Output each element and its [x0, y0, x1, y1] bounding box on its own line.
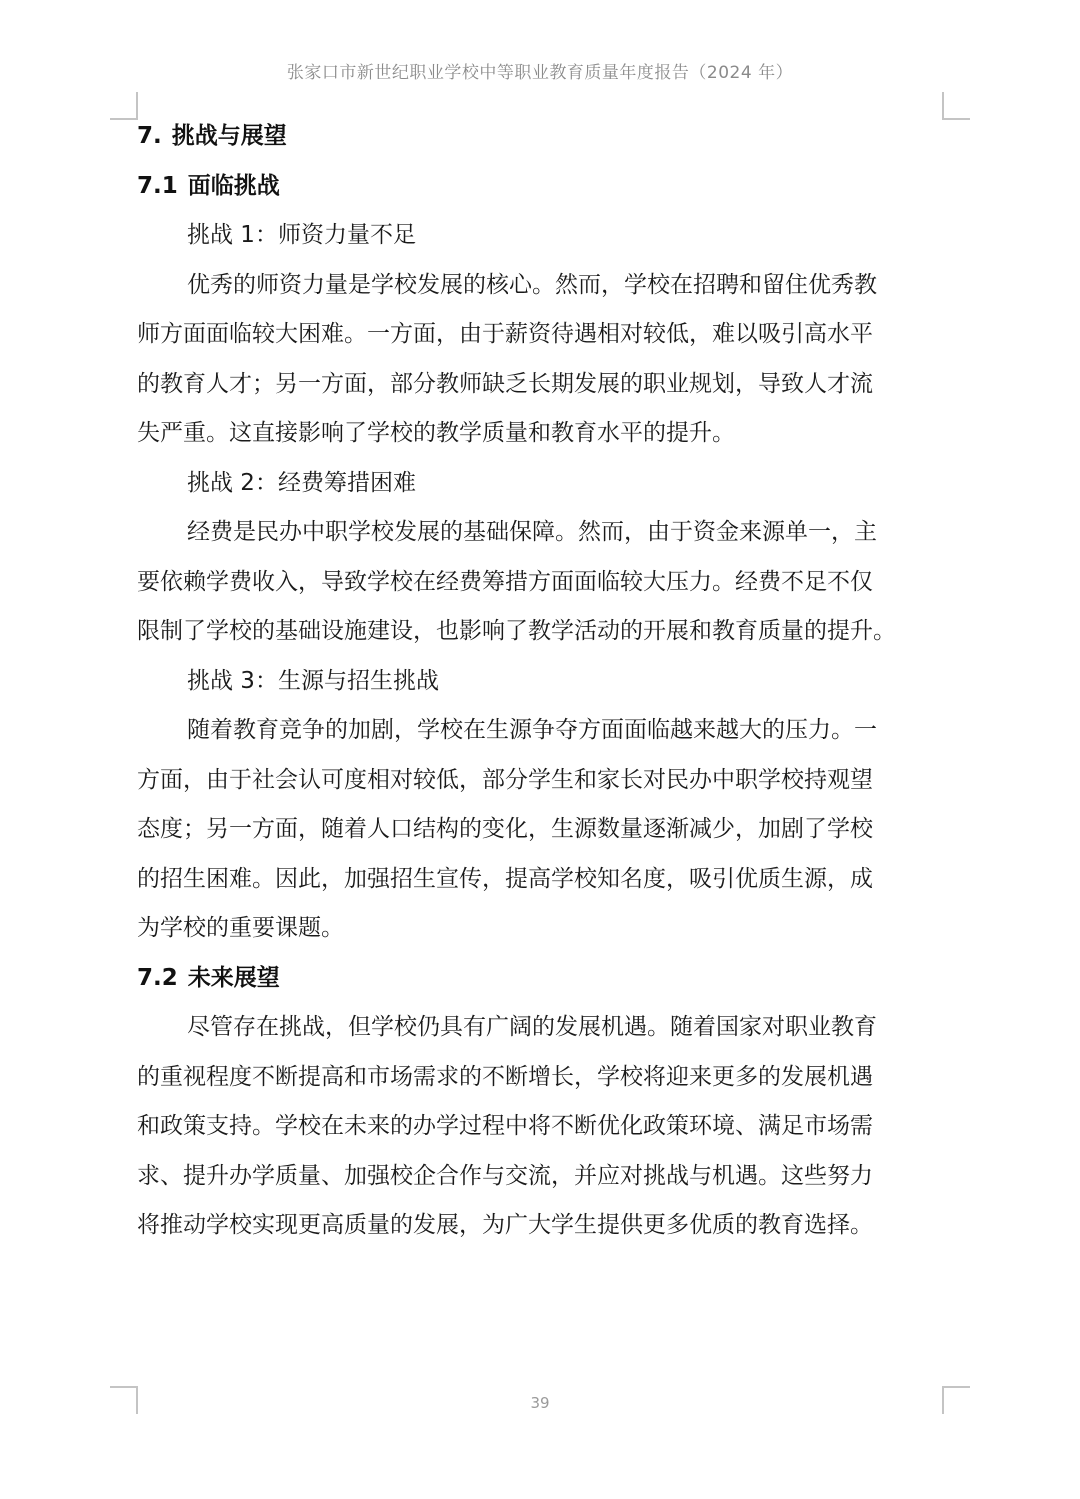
- section-number: 7.: [137, 123, 162, 149]
- subsection-heading-7-1: 7.1面临挑战: [137, 162, 957, 212]
- text-line: 优秀的师资力量是学校发展的核心。然而，学校在招聘和留住优秀教: [137, 261, 957, 311]
- subsection-title: 未来展望: [188, 965, 280, 991]
- section-heading: 7.挑战与展望: [137, 112, 957, 162]
- challenge-3-heading: 挑战 3：生源与招生挑战: [137, 657, 957, 707]
- text-line: 随着教育竞争的加剧，学校在生源争夺方面面临越来越大的压力。一: [137, 706, 957, 756]
- running-header: 张家口市新世纪职业学校中等职业教育质量年度报告（2024 年）: [0, 58, 1080, 83]
- text-line: 和政策支持。学校在未来的办学过程中将不断优化政策环境、满足市场需: [137, 1102, 957, 1152]
- text-line: 限制了学校的基础设施建设，也影响了教学活动的开展和教育质量的提升。: [137, 607, 957, 657]
- challenge-2-heading: 挑战 2：经费筹措困难: [137, 459, 957, 509]
- subsection-number: 7.1: [137, 173, 178, 199]
- text-line: 师方面面临较大困难。一方面，由于薪资待遇相对较低，难以吸引高水平: [137, 310, 957, 360]
- text-line: 的重视程度不断提高和市场需求的不断增长，学校将迎来更多的发展机遇: [137, 1053, 957, 1103]
- text-line: 经费是民办中职学校发展的基础保障。然而，由于资金来源单一，主: [137, 508, 957, 558]
- text-line: 将推动学校实现更高质量的发展，为广大学生提供更多优质的教育选择。: [137, 1201, 957, 1251]
- page-body: 7.挑战与展望 7.1面临挑战 挑战 1：师资力量不足 优秀的师资力量是学校发展…: [137, 112, 957, 1251]
- challenge-2-paragraph: 经费是民办中职学校发展的基础保障。然而，由于资金来源单一，主 要依赖学费收入，导…: [137, 508, 957, 657]
- subsection-number: 7.2: [137, 965, 178, 991]
- challenge-1-paragraph: 优秀的师资力量是学校发展的核心。然而，学校在招聘和留住优秀教 师方面面临较大困难…: [137, 261, 957, 459]
- challenge-3-paragraph: 随着教育竞争的加剧，学校在生源争夺方面面临越来越大的压力。一 方面，由于社会认可…: [137, 706, 957, 954]
- page-number: 39: [0, 1394, 1080, 1412]
- subsection-heading-7-2: 7.2未来展望: [137, 954, 957, 1004]
- subsection-title: 面临挑战: [188, 173, 280, 199]
- text-line: 的教育人才；另一方面，部分教师缺乏长期发展的职业规划，导致人才流: [137, 360, 957, 410]
- text-line: 求、提升办学质量、加强校企合作与交流，并应对挑战与机遇。这些努力: [137, 1152, 957, 1202]
- text-line: 的招生困难。因此，加强招生宣传，提高学校知名度，吸引优质生源，成: [137, 855, 957, 905]
- text-line: 失严重。这直接影响了学校的教学质量和教育水平的提升。: [137, 409, 957, 459]
- text-line: 要依赖学费收入，导致学校在经费筹措方面面临较大压力。经费不足不仅: [137, 558, 957, 608]
- outlook-paragraph: 尽管存在挑战，但学校仍具有广阔的发展机遇。随着国家对职业教育 的重视程度不断提高…: [137, 1003, 957, 1251]
- crop-mark-top-left: [110, 92, 138, 120]
- text-line: 方面，由于社会认可度相对较低，部分学生和家长对民办中职学校持观望: [137, 756, 957, 806]
- text-line: 态度；另一方面，随着人口结构的变化，生源数量逐渐减少，加剧了学校: [137, 805, 957, 855]
- text-line: 尽管存在挑战，但学校仍具有广阔的发展机遇。随着国家对职业教育: [137, 1003, 957, 1053]
- text-line: 为学校的重要课题。: [137, 904, 957, 954]
- section-title: 挑战与展望: [172, 123, 287, 149]
- challenge-1-heading: 挑战 1：师资力量不足: [137, 211, 957, 261]
